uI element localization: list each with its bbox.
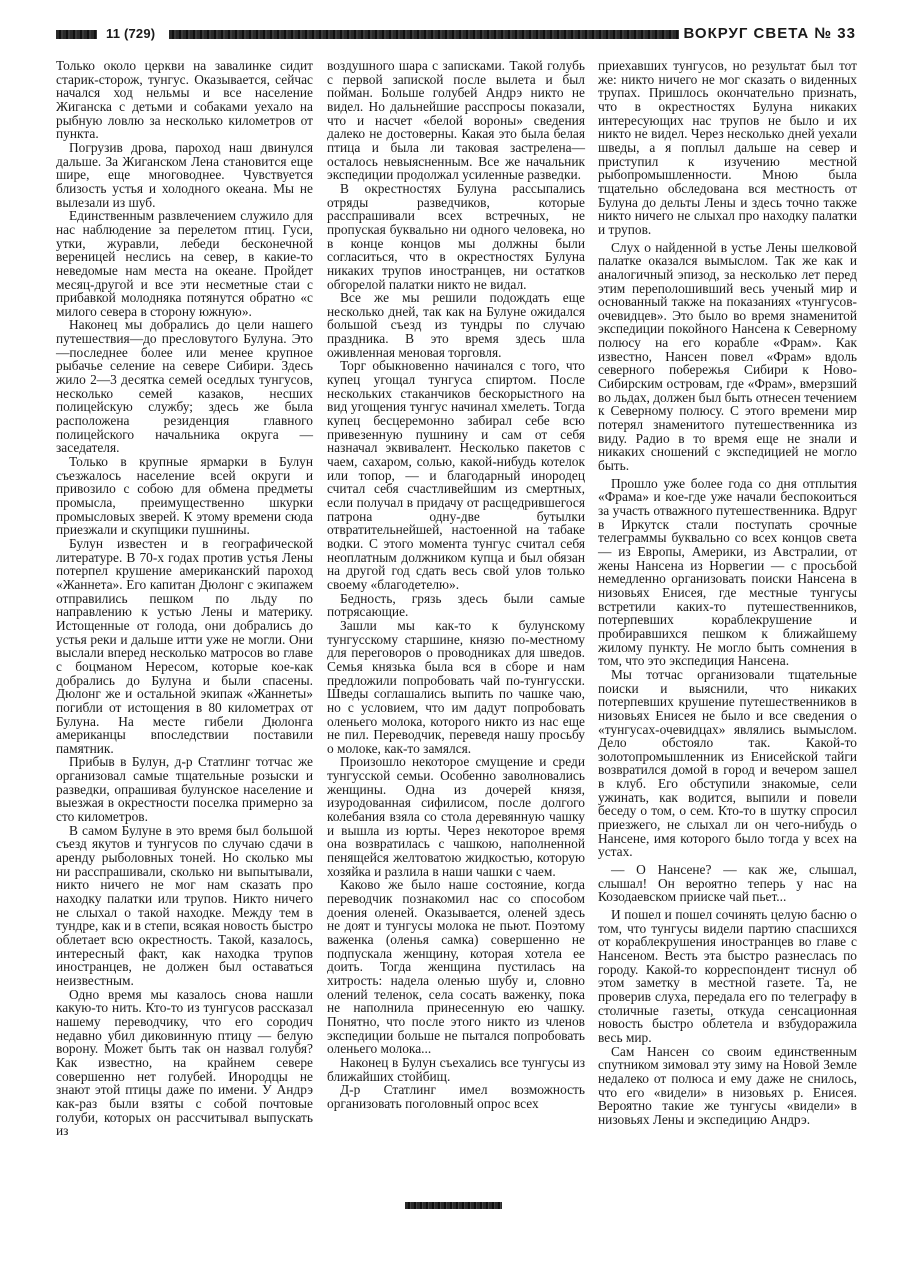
paragraph: Погрузив дрова, пароход наш двинулся дал… xyxy=(56,141,313,209)
paragraph: И пошел и пошел сочинять целую басню о т… xyxy=(598,908,857,1045)
paragraph: Торг обыкновенно начинался с того, что к… xyxy=(327,359,585,591)
paragraph: Мы тотчас организовали тщательные поиски… xyxy=(598,668,857,859)
paragraph: воздушного шара с записками. Такой голуб… xyxy=(327,59,585,182)
paragraph: Наконец в Булун съехались все тунгусы из… xyxy=(327,1056,585,1083)
header-ornament-left xyxy=(56,30,97,39)
text-column-2: воздушного шара с записками. Такой голуб… xyxy=(327,59,585,1111)
footer-ornament xyxy=(405,1202,502,1209)
paragraph: В самом Булуне в это время был большой с… xyxy=(56,824,313,988)
paragraph: приехавших тунгусов, но результат был то… xyxy=(598,59,857,237)
paragraph: Только около церкви на завалинке сидит с… xyxy=(56,59,313,141)
paragraph: — О Нансене? — как же, слышал, слышал! О… xyxy=(598,863,857,904)
paragraph: Прибыв в Булун, д-р Статлинг тотчас же о… xyxy=(56,755,313,823)
paragraph: Наконец мы добрались до цели нашего путе… xyxy=(56,318,313,455)
paragraph: Зашли мы как-то к булунскому тунгусскому… xyxy=(327,619,585,756)
text-column-1: Только около церкви на завалинке сидит с… xyxy=(56,59,313,1138)
magazine-title: ВОКРУГ СВЕТА № 33 xyxy=(683,26,856,42)
text-column-3: приехавших тунгусов, но результат был то… xyxy=(598,59,857,1127)
paragraph: Произошло некоторое смущение и среди тун… xyxy=(327,755,585,878)
paragraph: Все же мы решили подождать еще несколько… xyxy=(327,291,585,359)
paragraph: Булун известен и в географической литера… xyxy=(56,537,313,756)
paragraph: Только в крупные ярмарки в Булун съезжал… xyxy=(56,455,313,537)
page-number: 11 (729) xyxy=(106,27,155,41)
header-ornament-center xyxy=(169,30,679,39)
paragraph: Одно время мы казалось снова нашли какую… xyxy=(56,988,313,1138)
paragraph: Д-р Статлинг имел возможность организова… xyxy=(327,1083,585,1110)
paragraph: Прошло уже более года со дня отплытия «Ф… xyxy=(598,477,857,668)
paragraph: Сам Нансен со своим единственным спутник… xyxy=(598,1045,857,1127)
paragraph: Слух о найденной в устье Лены шелковой п… xyxy=(598,241,857,473)
paragraph: В окрестностях Булуна рассыпались отряды… xyxy=(327,182,585,291)
paragraph: Каково же было наше состояние, когда пер… xyxy=(327,878,585,1056)
paragraph: Единственным развлечением служило для на… xyxy=(56,209,313,318)
paragraph: Бедность, грязь здесь были самые потряса… xyxy=(327,592,585,619)
page-header: 11 (729) ВОКРУГ СВЕТА № 33 xyxy=(56,27,856,41)
